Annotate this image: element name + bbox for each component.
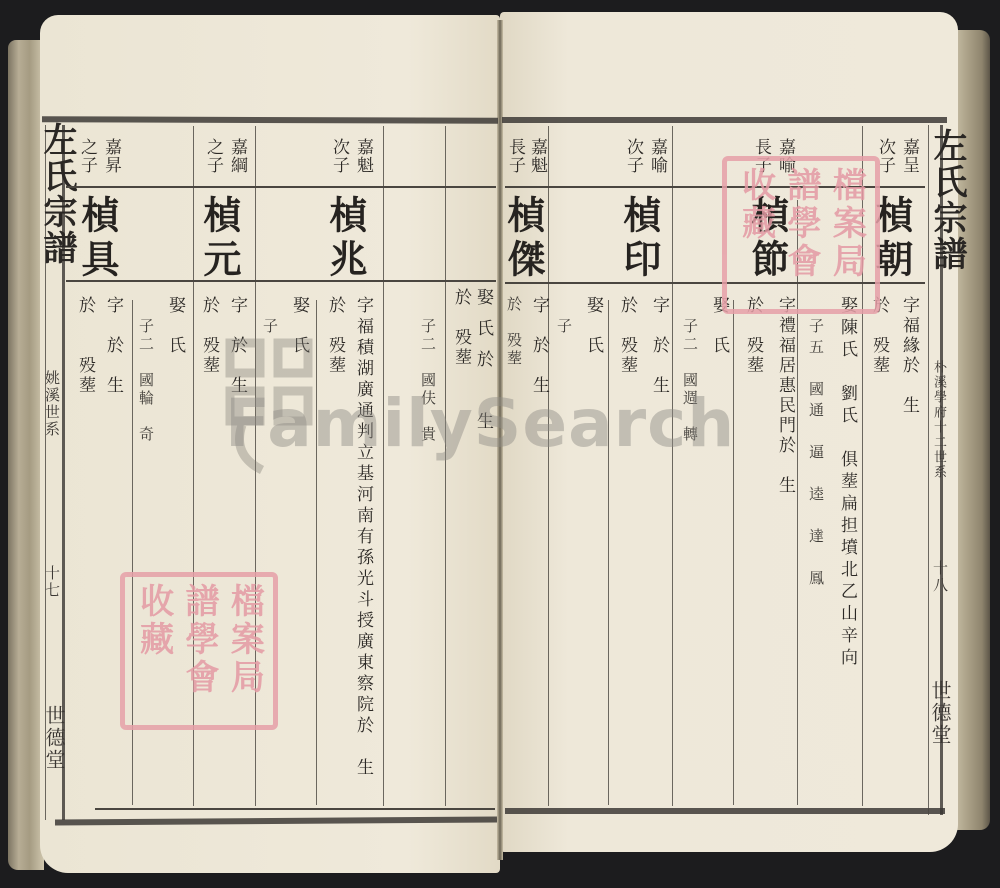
col-line [608, 300, 609, 805]
entry-style-name: 字 於 生 [650, 296, 667, 396]
right-top-border [502, 117, 947, 123]
entry-sons: 子五 國通 逼 逵 達 鳳 [808, 318, 823, 591]
col-line [445, 126, 446, 806]
entry-relation: 之子 [204, 138, 221, 174]
seal-col: 譜學會 [784, 167, 818, 303]
entry-parent: 嘉綱 [228, 138, 245, 174]
entry-relation: 次子 [330, 138, 347, 174]
entry-wife: 娶 氏 [584, 296, 601, 356]
entry-style-name: 字福緣於 生 [900, 296, 917, 416]
left-margin-branch: 姚溪世系 [44, 370, 59, 438]
familysearch-watermark: FamilySearch [225, 385, 735, 462]
entry-death: 於 殁塟 [326, 296, 343, 376]
entry-relation: 次子 [624, 138, 641, 174]
right-margin-branch: 朴溪學府十二世系 [932, 360, 945, 480]
seal-col: 收藏 [739, 167, 773, 303]
right-bottom-border [505, 808, 945, 814]
open-book: 左氏宗譜 姚溪世系 十七 世德堂 左氏宗譜 朴溪學府十二世系 十八 世德堂 嘉昇… [0, 0, 1000, 888]
entry-wife: 娶 氏 [166, 296, 183, 356]
entry-name: 楨印 [620, 195, 658, 283]
entry-parent: 嘉喻 [648, 138, 665, 174]
entry-wives: 娶陳氏 劉氏 俱塟扁担墳北乙山辛向 [838, 296, 855, 670]
entry-relation: 長子 [506, 138, 523, 174]
left-margin-hall: 世德堂 [44, 705, 64, 771]
left-margin-title: 左氏宗譜 [40, 122, 74, 266]
collection-seal-left: 檔案局 譜學會 收藏 [120, 572, 278, 730]
entry-sons: 子二 國輪 奇 [138, 318, 153, 444]
collection-seal-right: 檔案局 譜學會 收藏 [722, 156, 880, 314]
seal-col: 收藏 [137, 583, 171, 719]
left-margin-page-number: 十七 [44, 565, 59, 599]
col-line [383, 126, 384, 806]
entry-death: 於 殁塟 [76, 296, 93, 396]
col-line [548, 126, 549, 806]
entry-death: 於 殁塟 [200, 296, 217, 376]
entry-name: 楨具 [78, 195, 116, 283]
entry-parent: 嘉魁 [528, 138, 545, 174]
entry-parent: 嘉昇 [102, 138, 119, 174]
entry-sons: 子 [262, 318, 277, 336]
right-margin-page-number: 十八 [932, 560, 947, 594]
col-line [733, 300, 734, 805]
entry-name: 楨兆 [326, 195, 364, 283]
entry-death-2: 於 殁塟 [452, 288, 469, 368]
seal-col: 檔案局 [829, 167, 863, 303]
seal-col: 譜學會 [182, 583, 216, 719]
entry-style-name: 字福積湖廣通判立基河南有孫光斗授廣東察院於 生 [354, 296, 371, 779]
entry-sons: 子 [556, 318, 571, 336]
entry-style-name: 字禮福居惠民門於 生 [776, 296, 793, 496]
seal-col: 檔案局 [227, 583, 261, 719]
left-bottom-inner-rule [95, 808, 495, 810]
entry-name: 楨元 [200, 195, 238, 283]
entry-parent: 嘉魁 [354, 138, 371, 174]
entry-style-name: 字 於 生 [530, 296, 547, 396]
entry-style-name: 字 於 生 [104, 296, 121, 396]
entry-death: 於 殁塟 [618, 296, 635, 376]
entry-parent: 嘉呈 [900, 138, 917, 174]
entry-name: 楨傑 [504, 195, 542, 283]
entry-death: 於 殁塟 [506, 296, 521, 368]
left-header-rule [66, 186, 496, 188]
right-margin-title: 左氏宗譜 [930, 128, 964, 272]
left-name-rule [66, 280, 496, 282]
entry-relation: 之子 [78, 138, 95, 174]
col-line [672, 126, 673, 806]
right-margin-hall: 世德堂 [930, 680, 950, 746]
